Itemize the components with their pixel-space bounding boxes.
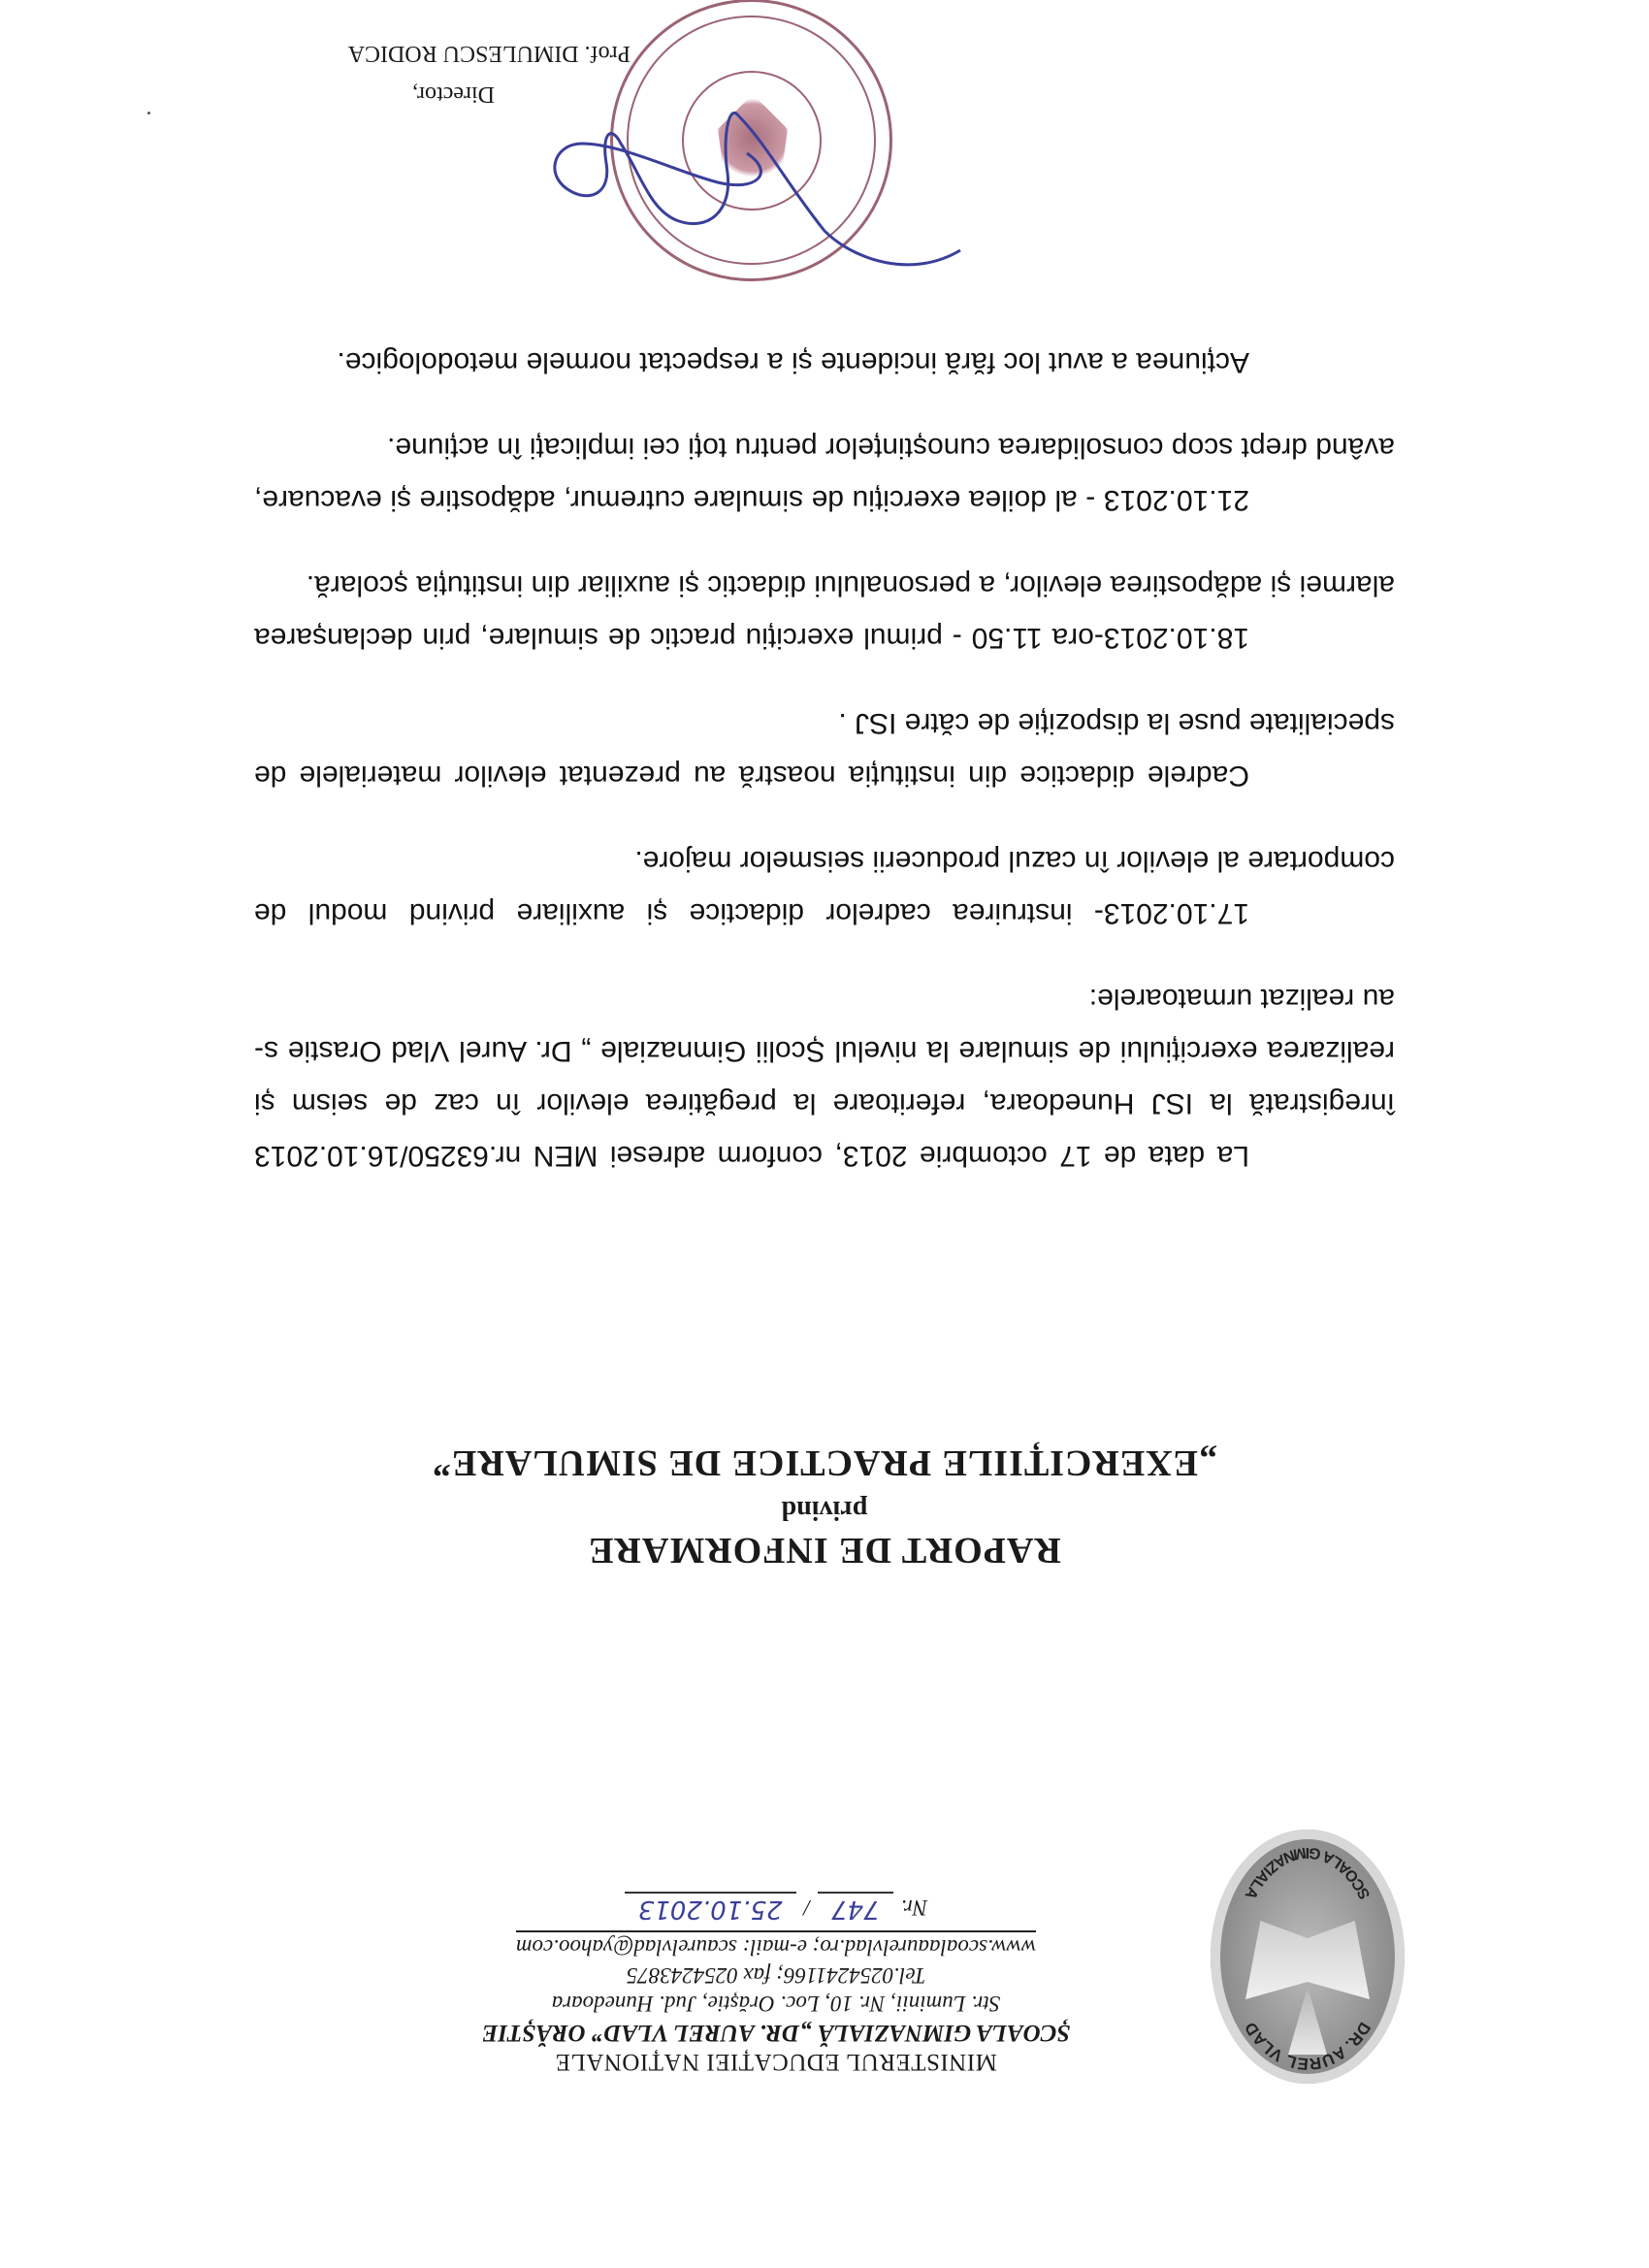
scanned-document-page: DR. AUREL VLAD SCOALA GIMNAZIALA MINISTE… (0, 0, 1649, 2268)
school-web-email: www.scoalaaurelvlad.ro; e-mail: scaurelv… (516, 1930, 1036, 1961)
signature-name: Prof. DIMULESCU RODICA (348, 40, 630, 66)
registration-number-handwritten: 747 (818, 1892, 893, 1925)
registration-label: Nr. (901, 1892, 928, 1923)
registration-separator: / (804, 1892, 810, 1923)
paragraph-21-oct: 21.10.2013 - al doilea exercițiu de simu… (254, 421, 1395, 526)
svg-text:DR. AUREL VLAD: DR. AUREL VLAD (1241, 2019, 1374, 2073)
paragraph-conclusion: Acțiunea a avut loc fără incidente și a … (254, 336, 1395, 388)
ministry-name: MINISTERUL EDUCAȚIEI NAȚIONALE (446, 2047, 1106, 2076)
school-logo: DR. AUREL VLAD SCOALA GIMNAZIALA (1211, 1830, 1405, 2084)
logo-ring-text: DR. AUREL VLAD SCOALA GIMNAZIALA (1211, 1830, 1405, 2084)
report-body: La data de 17 octombrie 2013, conform ad… (254, 303, 1395, 1182)
paragraph-18-oct: 18.10.2013-ora 11.50 - primul exercițiu … (254, 559, 1395, 664)
scan-speck (147, 112, 150, 114)
paragraph-17-oct: 17.10.2013- instruirea cadrelor didactic… (254, 834, 1395, 939)
registration-date-handwritten: 25.10.2013 (625, 1892, 796, 1925)
school-name: ȘCOALA GIMNAZIALĂ „DR. AUREL VLAD” ORĂȘT… (446, 2018, 1106, 2047)
svg-text:SCOALA GIMNAZIALA: SCOALA GIMNAZIALA (1241, 1844, 1374, 1902)
logo-bottom-text: SCOALA GIMNAZIALA (1241, 1844, 1374, 1902)
signature-role: Director, (412, 81, 495, 107)
document-subtitle: „EXERCIȚIILE PRACTICE DE SIMULARE” (0, 1442, 1649, 1484)
school-address: Str. Luminii, Nr. 10, Loc. Orăștie, Jud.… (446, 1990, 1106, 2018)
paragraph-materials: Cadrele didactice din instituția noastră… (254, 697, 1395, 801)
letterhead: MINISTERUL EDUCAȚIEI NAȚIONALE ȘCOALA GI… (446, 1892, 1106, 2076)
paragraph-intro: La data de 17 octombrie 2013, conform ad… (254, 972, 1395, 1182)
registration-number: Nr. 747 / 25.10.2013 (446, 1892, 1106, 1925)
school-phone-fax: Tel.0254241166; fax 0254243875 (446, 1961, 1106, 1990)
document-title-privind: privind (0, 1494, 1649, 1525)
document-title: RAPORT DE INFORMARE (0, 1529, 1649, 1571)
director-signature (504, 95, 970, 289)
logo-top-text: DR. AUREL VLAD (1241, 2019, 1374, 2073)
